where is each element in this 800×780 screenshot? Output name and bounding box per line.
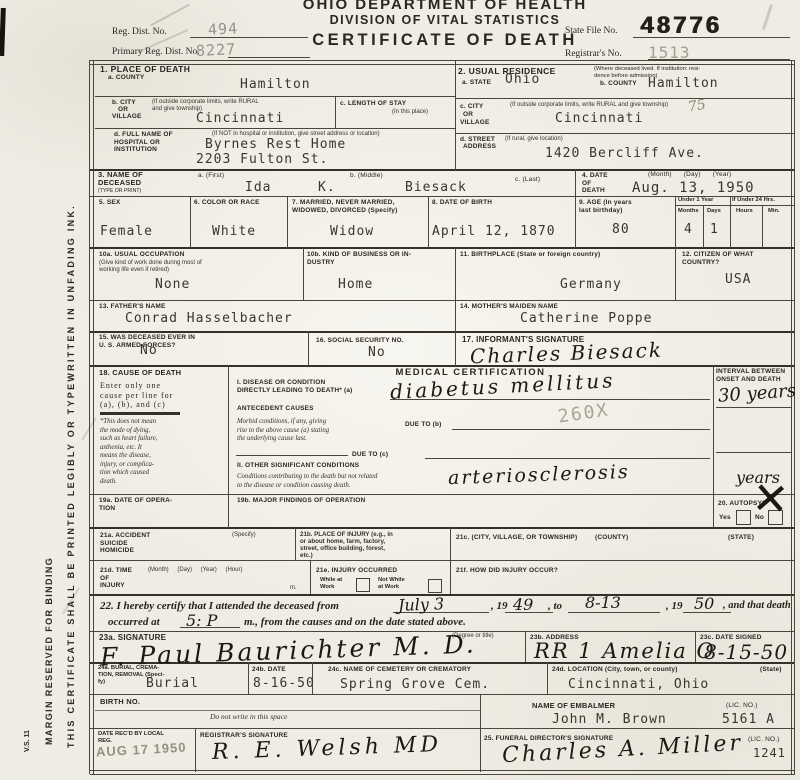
- rule: [295, 527, 296, 560]
- last-name-label: c. (Last): [515, 176, 540, 184]
- institution-street-value: 2203 Fulton St.: [196, 152, 328, 167]
- burial-location-label: 24d. LOCATION (City, town, or county): [552, 666, 678, 674]
- cause-of-death-label: 18. CAUSE OF DEATH: [99, 369, 181, 377]
- rule: [93, 60, 94, 774]
- burial-date-label: 24b. DATE: [252, 666, 286, 674]
- rule: [575, 169, 576, 197]
- date-of-death-columns: (Month) (Day) (Year): [648, 171, 731, 179]
- date-signed-value: 8-15-50: [704, 640, 788, 664]
- father-label: 13. FATHER'S NAME: [99, 303, 166, 311]
- rule: [95, 96, 455, 97]
- rule: [287, 196, 288, 248]
- injury-occurred-label: 21e. INJURY OCCURRED: [316, 567, 397, 575]
- embalmer-name-value: John M. Brown: [552, 712, 667, 727]
- margin-unfading-text: THIS CERTIFICATE SHALL BE PRINTED LEGIBL…: [66, 204, 76, 748]
- time-of-injury-columns: (Month) (Day) (Year) (Hour): [148, 567, 242, 574]
- reg-dist-value: 494: [208, 19, 239, 39]
- rule: [190, 37, 308, 38]
- residence-county-label: b. COUNTY: [600, 80, 637, 88]
- residence-county-value: Hamilton: [648, 76, 719, 91]
- residence-city-note: (If outside corporate limits, write RURA…: [510, 102, 668, 109]
- rule: [425, 458, 710, 459]
- citizen-label: 12. CITIZEN OF WHAT COUNTRY?: [682, 251, 754, 266]
- residence-or-label: OR: [463, 111, 473, 119]
- last-name-value: Biesack: [405, 180, 467, 195]
- certify-text-4: m., from the causes and on the date stat…: [244, 616, 466, 628]
- pencil-mark: 75: [687, 97, 707, 116]
- rule: [703, 205, 704, 248]
- residence-state-value: Ohio: [505, 72, 540, 87]
- name-title: 3. NAME OF DECEASED: [98, 171, 143, 186]
- rule: [675, 247, 676, 300]
- state-file-value: 48776: [640, 12, 722, 40]
- margin-binding-text: MARGIN RESERVED FOR BINDING: [44, 557, 54, 745]
- birthplace-label: 11. BIRTHPLACE (State or foreign country…: [460, 251, 600, 259]
- middle-name-value: K.: [318, 180, 336, 195]
- months-label: Months: [678, 208, 699, 215]
- dob-label: 8. DATE OF BIRTH: [432, 199, 492, 207]
- to-year-value: 50: [694, 594, 714, 613]
- date-of-death-value: Aug. 13, 1950: [632, 180, 755, 196]
- marital-label: 7. MARRIED, NEVER MARRIED, WIDOWED, DIVO…: [292, 199, 397, 214]
- accident-specify-note: (Specify): [232, 532, 256, 539]
- rule: [195, 728, 196, 772]
- institution-name-value: Byrnes Rest Home: [205, 137, 346, 152]
- cause-note-2: *This does not mean the mode of dying, s…: [100, 418, 158, 486]
- ssn-value: No: [368, 345, 386, 360]
- occupation-note: (Give kind of work done during most of w…: [99, 260, 202, 274]
- death-city-value: Cincinnati: [196, 111, 284, 126]
- death-time-value: 5: P: [186, 611, 217, 630]
- birth-no-label: BIRTH NO.: [100, 698, 140, 706]
- certify-19a: , 19: [491, 600, 508, 612]
- morbid-note: Morbid conditions, if any, giving rise t…: [237, 418, 329, 444]
- place-of-injury-label: 21b. PLACE OF INJURY (e.g., in or about …: [300, 531, 393, 559]
- death-certificate-scan: MARGIN RESERVED FOR BINDING THIS CERTIFI…: [0, 0, 800, 780]
- county-label: a. COUNTY: [108, 74, 144, 82]
- race-value: White: [212, 224, 256, 239]
- min-label: Min.: [768, 208, 780, 215]
- certify-text-3: occurred at: [108, 616, 160, 628]
- months-value: 4: [684, 222, 693, 237]
- rule: [90, 300, 795, 301]
- certify-text-2: , and that death: [723, 600, 791, 611]
- rule: [568, 612, 660, 613]
- ssn-label: 16. SOCIAL SECURITY NO.: [316, 337, 404, 345]
- institution-label: d. FULL NAME OF HOSPITAL OR INSTITUTION: [114, 131, 173, 154]
- state-file-label: State File No.: [565, 26, 618, 36]
- certify-19b: , 19: [666, 600, 683, 612]
- cemetery-label: 24c. NAME OF CEMETERY OR CREMATORY: [328, 666, 471, 674]
- length-of-stay-label: c. LENGTH OF STAY: [340, 100, 406, 108]
- other-conditions-label: II. OTHER SIGNIFICANT CONDITIONS: [237, 462, 359, 470]
- embalmer-lic-label: (LIC. NO.): [726, 702, 758, 710]
- age-value: 80: [612, 222, 630, 237]
- rule: [308, 331, 309, 366]
- father-value: Conrad Hasselbacher: [125, 311, 293, 326]
- industry-label: 10b. KIND OF BUSINESS OR IN- DUSTRY: [307, 251, 411, 266]
- city-note: (If outside corporate limits, write RURA…: [152, 99, 259, 106]
- rule: [648, 59, 790, 60]
- autopsy-yes-checkbox: [736, 510, 751, 525]
- funeral-lic-value: 1241: [753, 746, 786, 760]
- dob-value: April 12, 1870: [432, 224, 556, 239]
- street-note: (If rural, give location): [505, 136, 563, 143]
- hours-label: Hours: [736, 208, 753, 215]
- city-note2: and give township): [152, 106, 202, 113]
- armed-forces-value: No: [140, 343, 158, 358]
- middle-name-label: b. (Middle): [350, 172, 383, 180]
- rule: [90, 60, 795, 61]
- rule: [480, 694, 481, 772]
- time-of-injury-label: 21d. TIME OF INJURY: [100, 567, 132, 590]
- registrar-no-label: Registrar's No.: [565, 49, 622, 59]
- rule: [455, 133, 795, 134]
- occupation-value: None: [155, 277, 190, 292]
- rule: [450, 527, 451, 594]
- injury-county-label: (COUNTY): [595, 534, 628, 542]
- certify-text-1: 22. I hereby certify that I attended the…: [100, 600, 339, 612]
- rule: [575, 196, 576, 248]
- injury-state-label: (STATE): [728, 534, 754, 542]
- rule: [310, 560, 311, 594]
- rule: [303, 247, 304, 300]
- rule: [791, 60, 792, 774]
- under-24-label: If Under 24 Hrs.: [732, 197, 775, 204]
- mother-label: 14. MOTHER'S MAIDEN NAME: [460, 303, 558, 311]
- rule: [248, 662, 249, 694]
- address-label: ADDRESS: [463, 143, 496, 151]
- sex-label: 5. SEX: [99, 199, 120, 207]
- under-1-year-label: Under 1 Year: [678, 197, 713, 204]
- code-stamp: 260X: [557, 400, 611, 428]
- accident-label: 21a. ACCIDENT SUICIDE HOMICIDE: [100, 532, 150, 555]
- rule: [95, 710, 480, 711]
- days-value: 1: [710, 222, 719, 237]
- rule: [633, 37, 790, 38]
- mother-value: Catherine Poppe: [520, 311, 652, 326]
- rule: [228, 57, 310, 58]
- date-of-death-label: 4. DATE OF DEATH: [582, 172, 608, 195]
- rule: [730, 196, 731, 248]
- disease-label: I. DISEASE OR CONDITION DIRECTLY LEADING…: [237, 379, 353, 394]
- rule: [90, 247, 795, 249]
- first-name-value: Ida: [245, 180, 271, 195]
- rule: [455, 331, 456, 366]
- form-number: V.S. 11: [24, 730, 31, 752]
- rule: [675, 196, 676, 248]
- name-subtitle: (TYPE OR PRINT): [98, 188, 141, 195]
- rule: [455, 300, 456, 332]
- antecedent-label: ANTECEDENT CAUSES: [237, 405, 314, 413]
- state-label: a. STATE: [462, 79, 491, 87]
- other-conditions-value: arteriosclerosis: [448, 461, 630, 489]
- embalmer-lic-value: 5161 A: [722, 712, 775, 727]
- birthplace-value: Germany: [560, 277, 622, 292]
- rule: [455, 98, 795, 99]
- do-not-write-note: Do not write in this space: [210, 713, 287, 722]
- rule: [90, 64, 795, 65]
- certify-to: , to: [548, 600, 562, 612]
- operation-date-label: 19a. DATE OF OPERA- TION: [99, 497, 172, 512]
- rule: [190, 196, 191, 248]
- rule: [455, 60, 456, 170]
- days-label: Days: [707, 208, 721, 215]
- street-address-value: 1420 Bercliff Ave.: [545, 146, 704, 161]
- embalmer-name-label: NAME OF EMBALMER: [532, 702, 615, 710]
- rule: [525, 631, 526, 662]
- occupation-label: 10a. USUAL OCCUPATION: [99, 251, 184, 259]
- death-county-value: Hamilton: [240, 77, 311, 92]
- physician-address-value: RR 1 Amelia O: [534, 639, 716, 663]
- from-year-value: 49: [513, 595, 533, 614]
- scan-artifact: [0, 8, 6, 56]
- burial-value: Burial: [146, 676, 199, 691]
- age-label: 9. AGE (In years last birthday): [579, 199, 632, 214]
- other-conditions-note: Conditions contributing to the death but…: [237, 473, 377, 490]
- marital-value: Widow: [330, 224, 374, 239]
- reg-dist-label: Reg. Dist. No.: [112, 27, 167, 37]
- not-while-at-work-label: Not While at Work: [378, 577, 405, 591]
- due-to-c-label: DUE TO (c): [352, 451, 388, 459]
- length-of-stay-note: (In this place): [392, 109, 428, 116]
- rule: [713, 365, 714, 528]
- autopsy-yes-label: Yes: [719, 514, 731, 522]
- village-label: VILLAGE: [112, 113, 142, 121]
- interval-value: 30 years: [717, 380, 796, 406]
- autopsy-no-mark: ✕: [750, 473, 790, 526]
- due-to-b-label: DUE TO (b): [405, 421, 442, 429]
- rule: [716, 452, 791, 453]
- burial-date-value: 8-16-50: [253, 676, 315, 691]
- residence-city-label: c. CITY: [460, 103, 483, 111]
- race-label: 6. COLOR OR RACE: [194, 199, 260, 207]
- industry-value: Home: [338, 277, 373, 292]
- citizen-value: USA: [725, 272, 751, 287]
- first-name-label: a. (First): [198, 172, 224, 180]
- rule: [100, 412, 180, 415]
- rule: [452, 429, 710, 430]
- burial-location-value: Cincinnati, Ohio: [568, 677, 709, 692]
- funeral-lic-label: (LIC. NO.): [748, 736, 780, 744]
- not-while-at-work-checkbox: [428, 579, 442, 593]
- place-of-death-title: 1. PLACE OF DEATH: [100, 64, 190, 74]
- primary-reg-label: Primary Reg. Dist. No.: [112, 47, 200, 57]
- rule: [716, 407, 791, 408]
- while-at-work-label: While at Work: [320, 577, 342, 591]
- while-at-work-checkbox: [356, 578, 370, 592]
- rule: [90, 774, 795, 775]
- how-injury-label: 21f. HOW DID INJURY OCCUR?: [456, 567, 558, 575]
- rule: [547, 662, 548, 694]
- injury-city-label: 21c. (CITY, VILLAGE, OR TOWNSHIP): [456, 534, 577, 542]
- rule: [90, 527, 795, 529]
- rule: [455, 247, 456, 300]
- rule: [236, 455, 348, 456]
- rule: [762, 205, 763, 248]
- rule: [675, 205, 795, 206]
- burial-location-state-label: (State): [760, 666, 782, 674]
- cemetery-value: Spring Grove Cem.: [340, 677, 490, 692]
- operation-findings-label: 19b. MAJOR FINDINGS OF OPERATION: [237, 497, 365, 505]
- rule: [89, 60, 90, 774]
- rule: [95, 128, 455, 129]
- rule: [90, 331, 795, 333]
- rule: [335, 96, 336, 128]
- rule: [90, 694, 795, 695]
- rule: [428, 196, 429, 248]
- attended-to-value: 8-13: [585, 593, 621, 612]
- time-m-label: m.: [290, 585, 297, 592]
- sex-value: Female: [100, 224, 153, 239]
- rule: [90, 494, 795, 495]
- rule: [228, 365, 229, 528]
- rule: [794, 60, 795, 774]
- residence-village-label: VILLAGE: [460, 119, 490, 127]
- rule: [90, 560, 795, 561]
- cause-note-1: Enter only one cause per line for (a), (…: [100, 381, 173, 410]
- residence-city-value: Cincinnati: [555, 111, 643, 126]
- attended-from-value: July 3: [398, 594, 445, 615]
